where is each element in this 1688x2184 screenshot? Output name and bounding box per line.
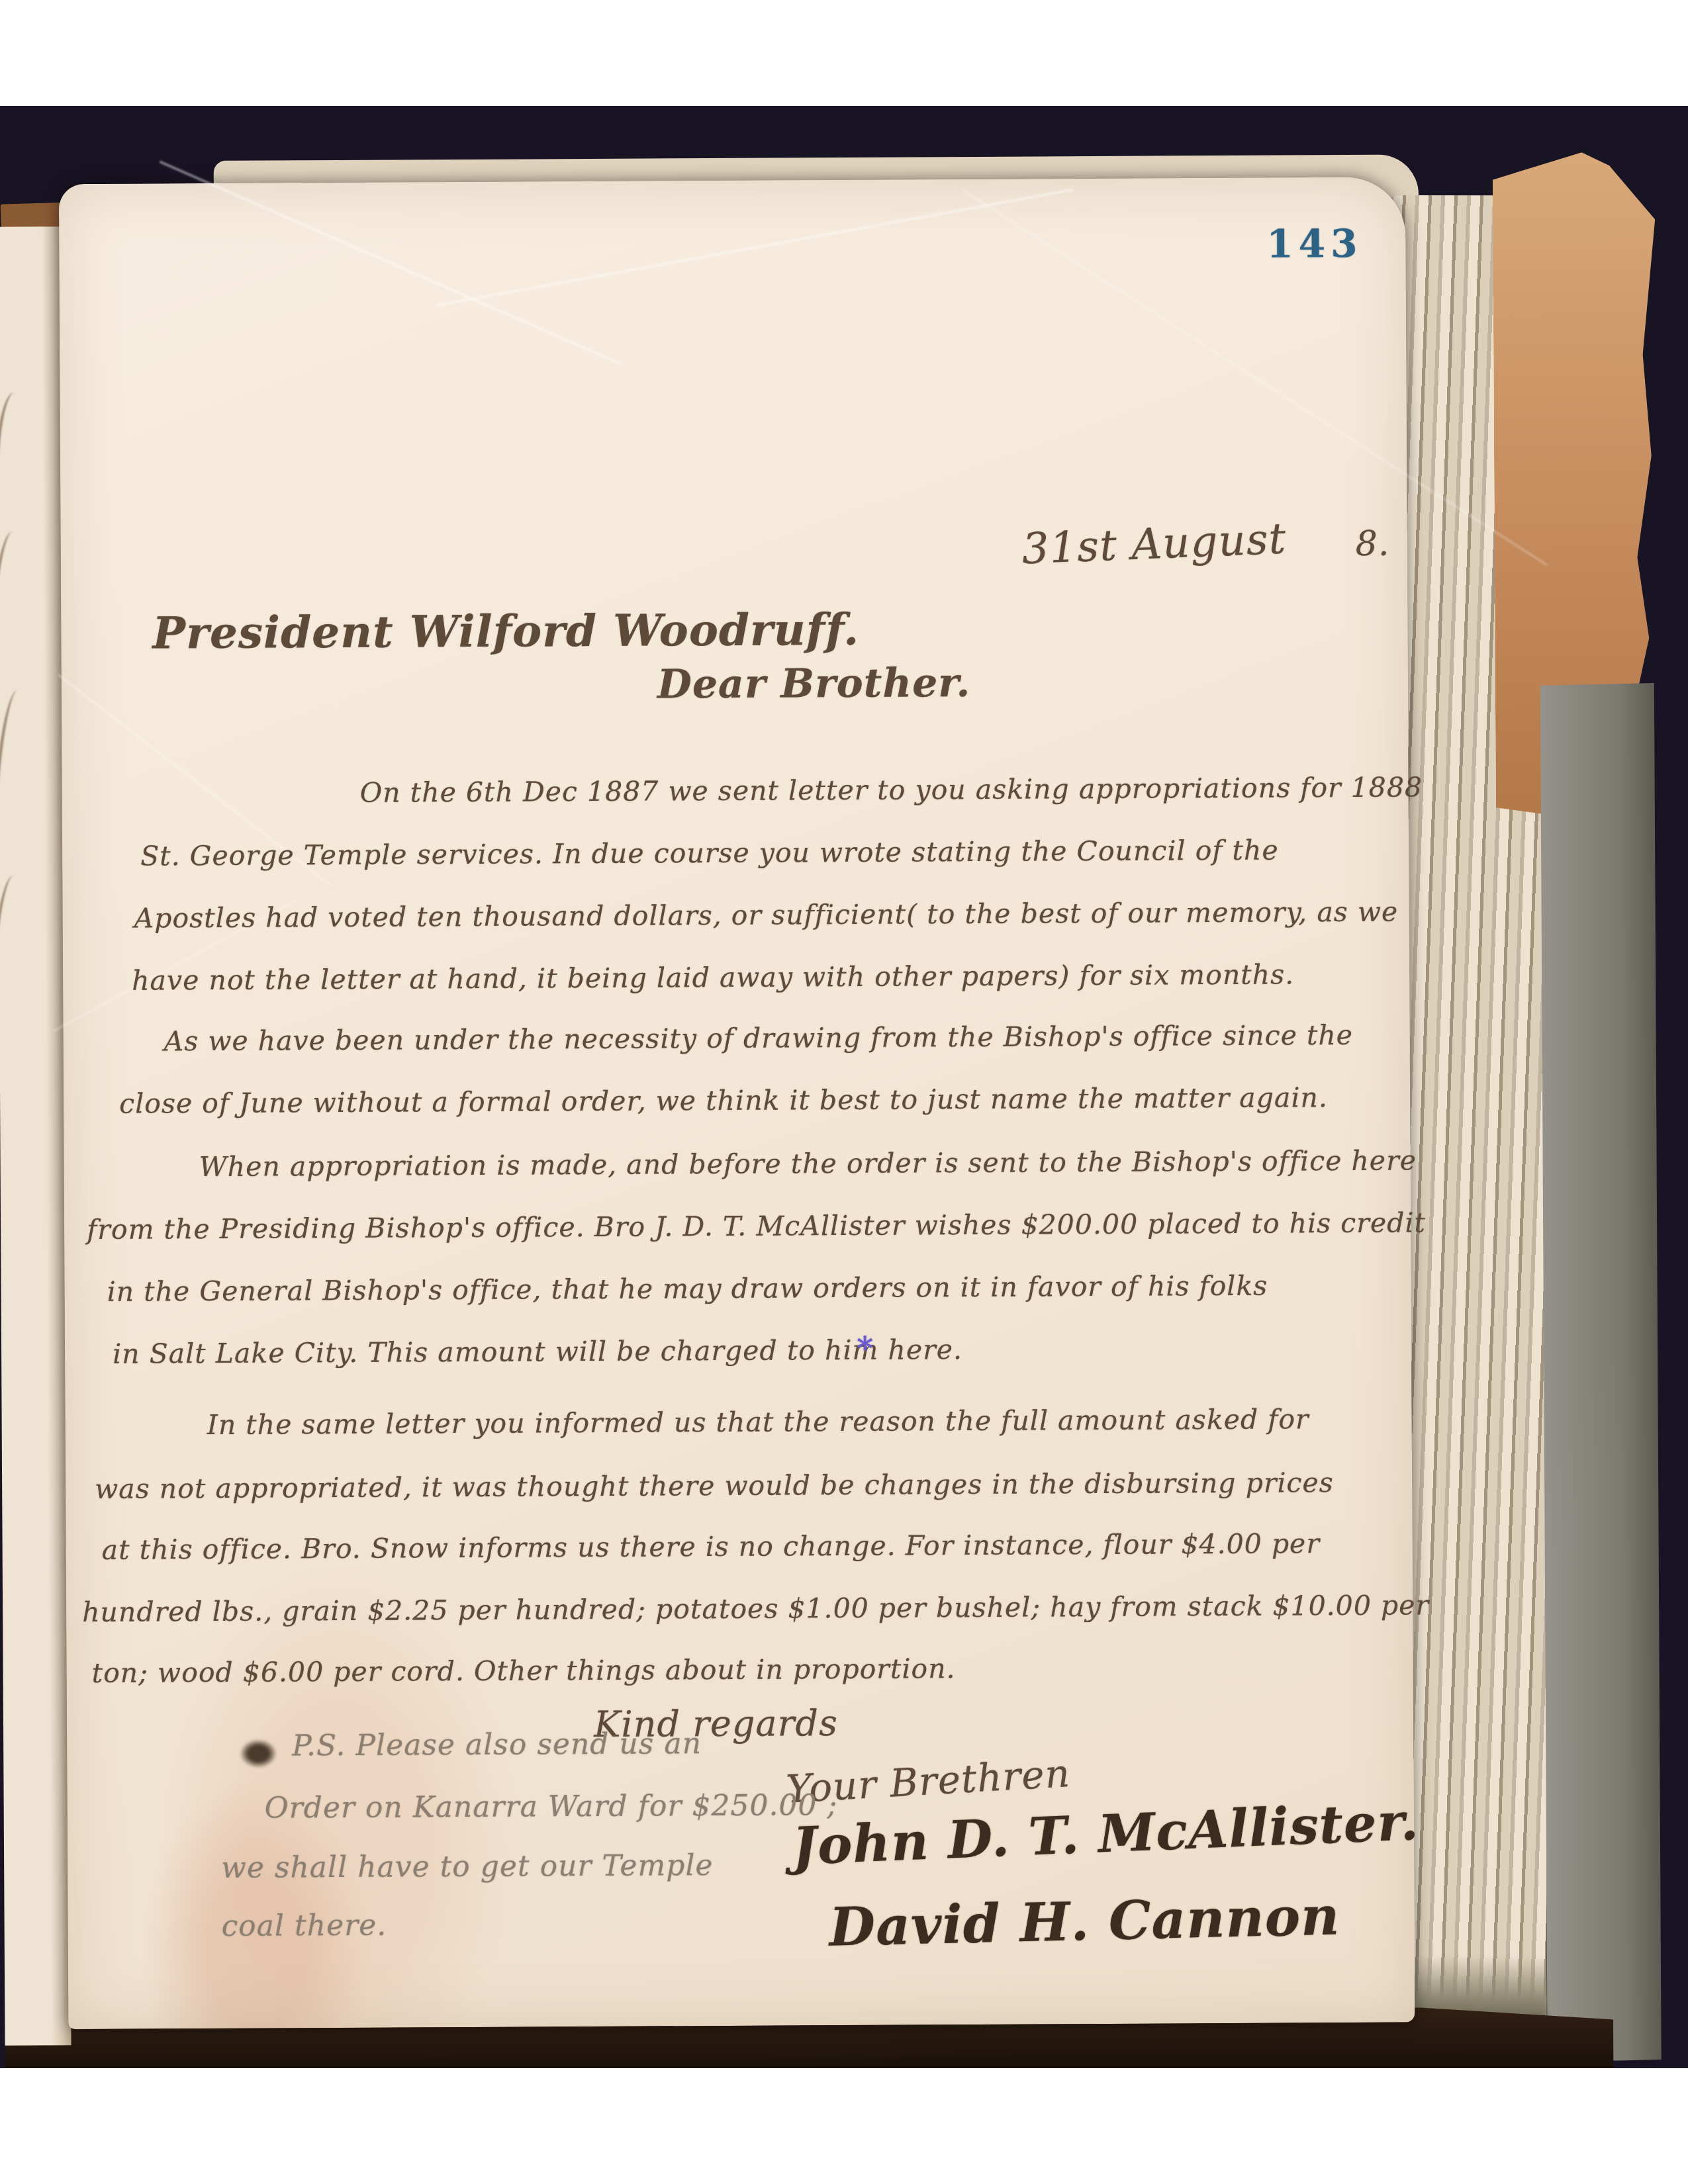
body-line: at this office. Bro. Snow informs us the… <box>102 1527 1321 1566</box>
body-line: from the Presiding Bishop's office. Bro … <box>87 1206 1426 1246</box>
body-line: As we have been under the necessity of d… <box>164 1019 1353 1057</box>
body-line: St. George Temple services. In due cours… <box>140 835 1279 872</box>
gray-cloth-cover <box>1540 683 1662 2062</box>
body-line: hundred lbs., grain $2.25 per hundred; p… <box>82 1589 1429 1628</box>
photo-area: 143 31st August 8. President Wilford Woo… <box>0 106 1688 2068</box>
body-line: close of June without a formal order, we… <box>119 1081 1328 1120</box>
ps-line: P.S. Please also send us an <box>292 1727 702 1762</box>
date-line: 31st August <box>1021 515 1287 574</box>
letter-page: 143 31st August 8. President Wilford Woo… <box>59 177 1415 2030</box>
ps-line: we shall have to get our Temple <box>221 1848 714 1885</box>
adjacent-page-ink <box>0 391 23 472</box>
body-line: On the 6th Dec 1887 we sent letter to yo… <box>360 771 1423 808</box>
adjacent-page-ink <box>0 875 21 989</box>
page-number-stamp: 143 <box>1266 221 1362 267</box>
ps-line: Order on Kanarra Ward for $250.00 ; <box>265 1788 838 1825</box>
adjacent-page-ink <box>0 530 21 637</box>
body-line: When appropriation is made, and before t… <box>199 1144 1417 1183</box>
body-line: ton; wood $6.00 per cord. Other things a… <box>91 1653 955 1689</box>
body-line: have not the letter at hand, it being la… <box>132 958 1294 996</box>
footnote-asterisk: * <box>857 1330 873 1367</box>
body-line: in the General Bishop's office, that he … <box>107 1270 1268 1308</box>
paper-crease <box>160 161 621 365</box>
recipient-line: President Wilford Woodruff. <box>152 604 859 659</box>
open-letterbook: 143 31st August 8. President Wilford Woo… <box>0 106 1688 2068</box>
ink-smudge <box>240 1740 276 1768</box>
body-line: In the same letter you informed us that … <box>207 1403 1309 1441</box>
ps-line: coal there. <box>221 1909 387 1943</box>
body-line: in Salt Lake City. This amount will be c… <box>113 1334 962 1370</box>
date-suffix: 8. <box>1356 524 1390 564</box>
paper-crease <box>435 189 1074 306</box>
salutation: Dear Brother. <box>657 660 971 707</box>
adjacent-page-ink <box>0 690 25 823</box>
body-line: Apostles had voted ten thousand dollars,… <box>134 896 1399 934</box>
scanned-letterbook-photo: 143 31st August 8. President Wilford Woo… <box>0 0 1688 2184</box>
body-line: was not appropriated, it was thought the… <box>95 1467 1334 1505</box>
signature-cannon: David H. Cannon <box>829 1884 1340 1958</box>
